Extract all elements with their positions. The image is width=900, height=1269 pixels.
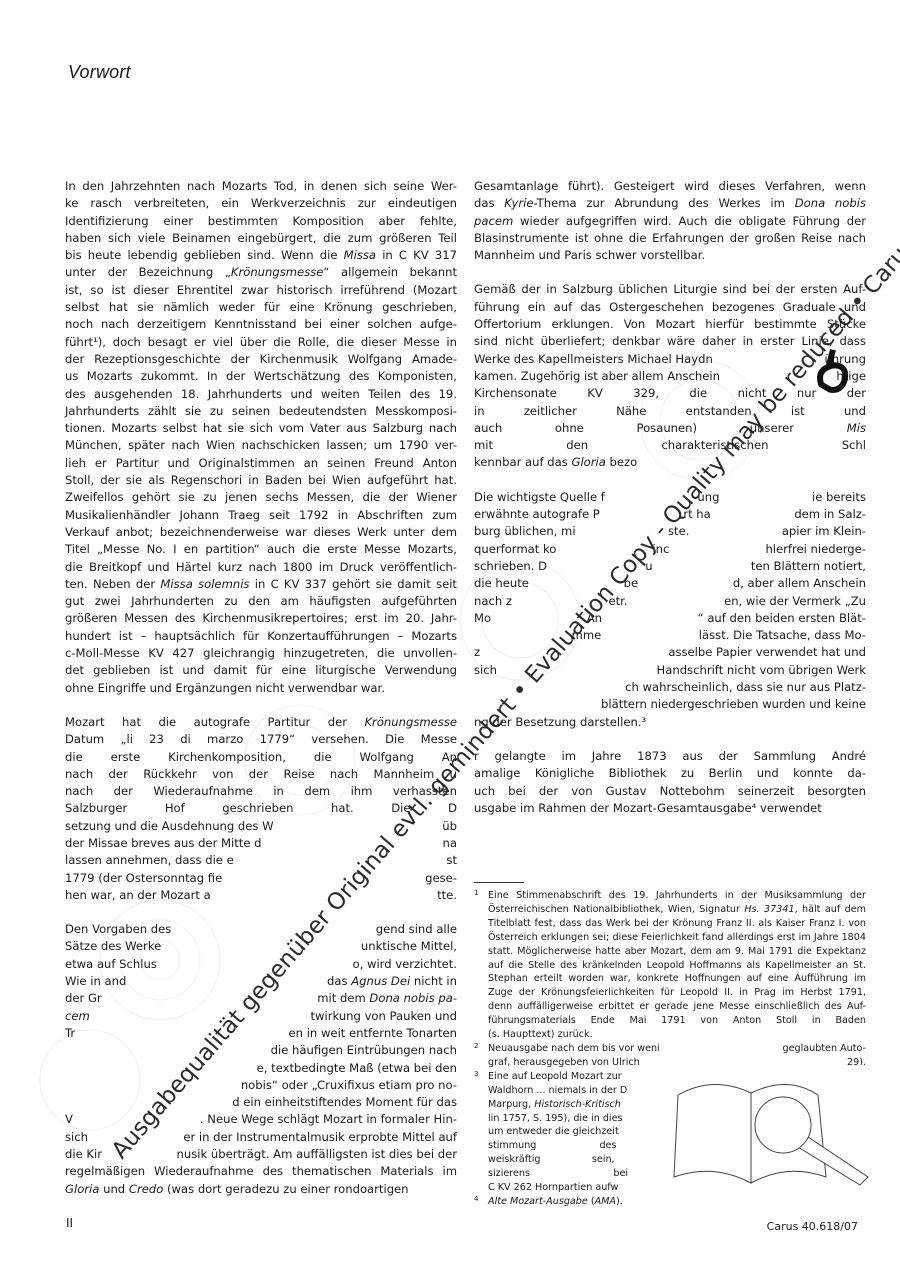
- text-line: Verkauf anbot; bezeichnenderweise war di…: [65, 524, 457, 541]
- text-line: Gloria und Credo (was dort geradezu zu e…: [65, 1181, 457, 1198]
- text-line: Gesamtanlage führt). Gesteigert wird die…: [474, 178, 866, 195]
- text-line: ist, so ist dieser Ehrentitel zwar histo…: [65, 282, 457, 299]
- text-line: ohne Eingriffe und Ergänzungen nicht ver…: [65, 680, 457, 697]
- paragraph-4: Gesamtanlage führt). Gesteigert wird die…: [474, 178, 866, 264]
- text-line: usgabe im Rahmen der Mozart-Gesamtausgab…: [474, 800, 866, 817]
- paragraph-7: r gelangte im Jahre 1873 aus der Sammlun…: [474, 748, 866, 817]
- text-line: Salzburger Hof geschrieben hat. Die D: [65, 800, 457, 817]
- text-line: Mozart hat die autografe Partitur der Kr…: [65, 714, 457, 731]
- text-line: ch wahrscheinlich, dass sie nur aus Plat…: [474, 679, 866, 696]
- text-line: MoAn“ auf den beiden ersten Blät-: [474, 610, 866, 627]
- paragraph-5: Gemäß der in Salzburg üblichen Liturgie …: [474, 281, 866, 471]
- text-line: der Rezeptionsgeschichte der Kirchenmusi…: [65, 351, 457, 368]
- text-line: querformat koinchlerfrei niederge-: [474, 541, 866, 558]
- text-line: Zweifellos gehört sie zu jenen sechs Mes…: [65, 489, 457, 506]
- text-line: Datum „li 23 di marzo 1779“ versehen. Di…: [65, 731, 457, 748]
- text-line: Stoll, der sie als Regenschori in Baden …: [65, 472, 457, 489]
- text-line: In den Jahrzehnten nach Mozarts Tod, in …: [65, 178, 457, 195]
- text-line: auch ohne Posaunen) unserer Mis: [474, 420, 866, 437]
- text-line: die Breitkopf und Härtel kurz nach 1800 …: [65, 559, 457, 576]
- text-line: selbst hat sie nämlich weder für eine Kr…: [65, 299, 457, 316]
- text-line: (s. Haupttext) zurück.: [488, 1028, 866, 1042]
- text-line: Wie in anddas Agnus Dei nicht in: [65, 973, 457, 990]
- text-line: Mannheim und Paris schwer vorstellbar.: [474, 247, 866, 264]
- footnote-divider: [474, 882, 524, 883]
- page-number: II: [66, 1216, 73, 1230]
- text-line: blättern niedergeschrieben wurden und ke…: [474, 696, 866, 713]
- text-line: lassen annehmen, dass die est: [65, 852, 457, 869]
- text-line: der Missae breves aus der Mitte dna: [65, 835, 457, 852]
- text-line: Alte Mozart-Ausgabe (AMA).: [488, 1195, 866, 1209]
- text-line: gut zwei Jahrhunderten zu den am häufigs…: [65, 593, 457, 610]
- text-line: der Grmit dem Dona nobis pa-: [65, 990, 457, 1007]
- text-line: zasselbe Papier verwendet hat und: [474, 644, 866, 661]
- text-line: cemtwirkung von Pauken und: [65, 1008, 457, 1025]
- text-line: führt¹), doch besagt er viel über die Ro…: [65, 334, 457, 351]
- text-line: Titel „Messe No. I en partition“ auch di…: [65, 541, 457, 558]
- text-line: sind nicht überliefert; denkbar wäre dah…: [474, 333, 866, 350]
- text-line: burg üblichen, miste.apier im Klein-: [474, 523, 866, 540]
- footnote-number: 3: [474, 1068, 478, 1082]
- text-line: sichHandschrift nicht vom übrigen Werk: [474, 662, 866, 679]
- text-line: tionen. Mozarts selbst hat sie sich vom …: [65, 420, 457, 437]
- text-line: das Kyrie-Thema zur Abrundung des Werkes…: [474, 195, 866, 212]
- text-line: schrieben. Duten Blättern notiert,: [474, 558, 866, 575]
- text-line: Musikalienhändler Johann Traeg seit 1792…: [65, 507, 457, 524]
- paragraph-1: In den Jahrzehnten nach Mozarts Tod, in …: [65, 178, 457, 697]
- text-line: Zuge der Krönungsfeierlichkeiten für Leo…: [488, 986, 866, 1000]
- paragraph-3: Den Vorgaben desgend sind alleSätze des …: [65, 921, 457, 1198]
- text-line: Österreich erklungen sei; diese Feierlic…: [488, 931, 866, 945]
- footnote-number: 2: [474, 1040, 478, 1054]
- text-line: e, textbedingte Maß (etwa bei den: [65, 1060, 457, 1077]
- edition-number: Carus 40.618/07: [767, 1220, 858, 1233]
- text-line: Die wichtigste Quelle fungie bereits: [474, 489, 866, 506]
- text-line: uch bei der von Gustav Nottebohm seinerz…: [474, 783, 866, 800]
- text-line: führung ein auf das Ostergeschehen bezog…: [474, 299, 866, 316]
- text-line: regelmäßigen Wiederaufnahme des thematis…: [65, 1163, 457, 1180]
- text-line: Kirchensonate KV 329, die nicht nur der: [474, 385, 866, 402]
- text-line: bis heute lebendig geblieben sind. Wenn …: [65, 247, 457, 264]
- text-line: pacem wieder aufgegriffen wird. Auch die…: [474, 213, 866, 230]
- footnote-1: 1Eine Stimmenabschrift des 19. Jahrhunde…: [474, 889, 866, 1042]
- text-line: hen war, an der Mozart atte.: [65, 887, 457, 904]
- text-line: ng der Besetzung darstellen.³: [474, 714, 866, 731]
- footnote-4: 4Alte Mozart-Ausgabe (AMA).: [474, 1195, 866, 1209]
- text-line: lieh er Partitur und Originalstimmen an …: [65, 455, 457, 472]
- text-line: Den Vorgaben desgend sind alle: [65, 921, 457, 938]
- page-title: Vorwort: [68, 62, 131, 83]
- text-line: d ein einheitstiftendes Moment für das: [65, 1094, 457, 1111]
- right-column: Gesamtanlage führt). Gesteigert wird die…: [474, 178, 866, 834]
- text-line: die Kirnusik überträgt. Am auffälligsten…: [65, 1146, 457, 1163]
- text-line: des ausgehenden 18. Jahrhunderts und wei…: [65, 386, 457, 403]
- text-line: etwa auf Schluso, wird verzichtet.: [65, 956, 457, 973]
- text-line: ke rasch verbreiteten, ein Werkverzeichn…: [65, 195, 457, 212]
- text-line: setzung und die Ausdehnung des Wüb: [65, 818, 457, 835]
- text-line: sicher in der Instrumentalmusik erprobte…: [65, 1129, 457, 1146]
- text-line: Blasinstrumente ist ohne die Erfahrungen…: [474, 230, 866, 247]
- text-line: haben sich viele Beinamen eingebürgert, …: [65, 230, 457, 247]
- text-line: kamen. Zugehörig ist aber allem Anschein…: [474, 368, 866, 385]
- text-line: kennbar auf das Gloria bezo: [474, 454, 866, 471]
- text-line: statt. Möglicherweise hatte aber Mozart,…: [488, 945, 866, 959]
- paragraph-6: Die wichtigste Quelle fungie bereitserwä…: [474, 489, 866, 731]
- text-line: Neuausgabe nach dem bis vor wenigeglaubt…: [488, 1042, 866, 1056]
- text-line: Stephan erteilt worden war, konkrete Hof…: [488, 972, 866, 986]
- text-line: amalige Königliche Bibliothek zu Berlin …: [474, 765, 866, 782]
- footnote-number: 1: [474, 887, 478, 901]
- text-line: Gemäß der in Salzburg üblichen Liturgie …: [474, 281, 866, 298]
- text-line: die häufigen Eintrübungen nach: [65, 1042, 457, 1059]
- text-line: nach zetr.en, wie der Vermerk „Zu: [474, 593, 866, 610]
- text-line: c-Moll-Messe KV 427 gleichrangig hinzuge…: [65, 645, 457, 662]
- book-with-magnifying-glass-icon: [658, 1065, 898, 1195]
- text-line: r gelangte im Jahre 1873 aus der Sammlun…: [474, 748, 866, 765]
- text-line: Jahrhunderts zählt sie zu seinen bedeute…: [65, 403, 457, 420]
- left-column: In den Jahrzehnten nach Mozarts Tod, in …: [65, 178, 457, 1215]
- text-line: auf die Stelle des kränkelnden Leopold H…: [488, 959, 866, 973]
- text-line: us Mozarts zukommt. In der Wertschätzung…: [65, 368, 457, 385]
- text-line: Österreichischen Nationalbibliothek, Wie…: [488, 903, 866, 917]
- text-line: Eine Stimmenabschrift des 19. Jahrhunder…: [488, 889, 866, 903]
- text-line: mmelässt. Die Tatsache, dass Mo-: [474, 627, 866, 644]
- text-line: nach der Rückkehr von der Reise nach Man…: [65, 766, 457, 783]
- text-line: Werke des Kapellmeisters Michael Haydnüh…: [474, 351, 866, 368]
- text-line: 1779 (der Ostersonntag fiegese-: [65, 870, 457, 887]
- text-line: größeren Messen des Kirchenmusikrepertoi…: [65, 610, 457, 627]
- text-line: ten. Neben der Missa solemnis in C KV 33…: [65, 576, 457, 593]
- text-line: unter der Bezeichnung „Krönungsmesse“ al…: [65, 264, 457, 281]
- text-line: Titelblatt fest, dass das Werk bei der K…: [488, 917, 866, 931]
- paragraph-2: Mozart hat die autografe Partitur der Kr…: [65, 714, 457, 904]
- text-line: denn auffälligerweise erbittet er gerade…: [488, 1000, 866, 1014]
- text-line: hundert ist – hauptsächlich für Konzerta…: [65, 628, 457, 645]
- text-line: erwähnte autografe Prt hadem in Salz-: [474, 506, 866, 523]
- text-line: V. Neue Wege schlägt Mozart in formaler …: [65, 1111, 457, 1128]
- text-line: det geblieben ist und damit für eine lit…: [65, 662, 457, 679]
- text-line: Identifizierung einer bestimmten Komposi…: [65, 213, 457, 230]
- text-line: München, später nach Wien nachschicken l…: [65, 437, 457, 454]
- footnote-number: 4: [474, 1193, 478, 1207]
- text-line: nobis“ oder „Cruxifixus etiam pro no-: [65, 1077, 457, 1094]
- text-line: Tren in weit entfernte Tonarten: [65, 1025, 457, 1042]
- text-line: Sätze des Werkeunktische Mittel,: [65, 938, 457, 955]
- text-line: die heutebed, aber allem Anschein: [474, 575, 866, 592]
- text-line: Offertorium erklungen. Von Mozart hierfü…: [474, 316, 866, 333]
- text-line: die erste Kirchenkomposition, die Wolfga…: [65, 749, 457, 766]
- text-line: führungsmaterials Ende Mai 1791 von Anto…: [488, 1014, 866, 1028]
- text-line: nach der Wiederaufnahme in dem ihm verha…: [65, 783, 457, 800]
- text-line: mit den charakteristischen Schl: [474, 437, 866, 454]
- text-line: in zeitlicher Nähe entstanden ist und: [474, 403, 866, 420]
- text-line: noch nach derzeitigem Kenntnisstand bei …: [65, 316, 457, 333]
